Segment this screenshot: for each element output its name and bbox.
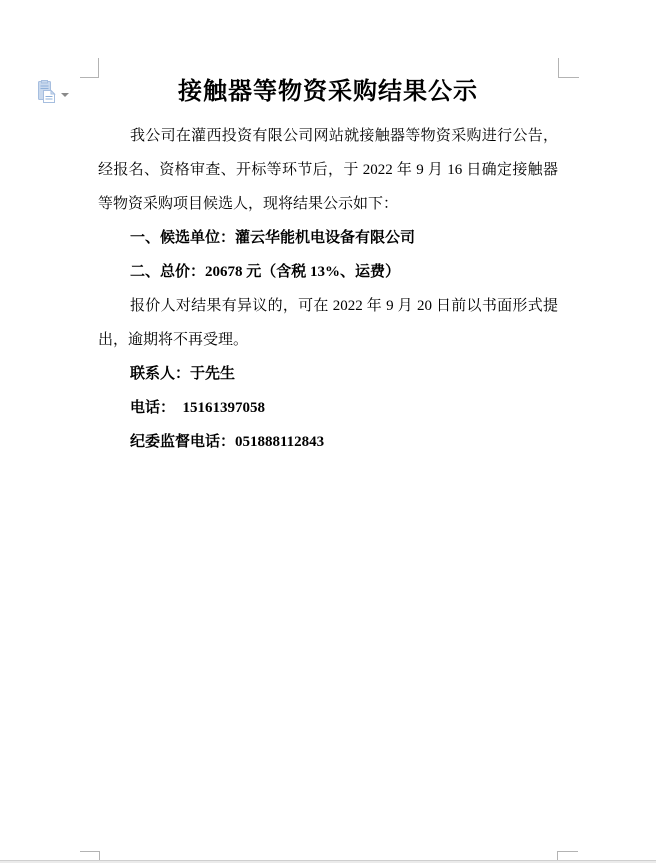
document-body[interactable]: 我公司在灌西投资有限公司网站就接触器等物资采购进行公告， 经报名、资格审查、开标… — [98, 119, 558, 459]
paste-options-button[interactable] — [38, 80, 69, 108]
total-price-line[interactable]: 二、总价：20678 元（含税 13%、运费） — [98, 255, 558, 289]
margin-mark-top-right — [558, 58, 579, 78]
margin-mark-top-left — [80, 58, 99, 78]
paragraph-line[interactable]: 我公司在灌西投资有限公司网站就接触器等物资采购进行公告， — [98, 119, 558, 153]
chevron-down-icon — [61, 93, 69, 97]
phone-line[interactable]: 电话： 15161397058 — [98, 391, 558, 425]
paste-options-icon — [38, 80, 57, 108]
document-title[interactable]: 接触器等物资采购结果公示 — [98, 74, 558, 110]
paragraph-line[interactable]: 等物资采购项目候选人，现将结果公示如下： — [98, 187, 558, 221]
candidate-unit-line[interactable]: 一、候选单位：灌云华能机电设备有限公司 — [98, 221, 558, 255]
contact-person-line[interactable]: 联系人：于先生 — [98, 357, 558, 391]
paragraph-line[interactable]: 出，逾期将不再受理。 — [98, 323, 558, 357]
document-page[interactable]: 接触器等物资采购结果公示 我公司在灌西投资有限公司网站就接触器等物资采购进行公告… — [0, 0, 656, 863]
supervision-phone-line[interactable]: 纪委监督电话：051888112843 — [98, 425, 558, 459]
paragraph-line[interactable]: 报价人对结果有异议的，可在 2022 年 9 月 20 日前以书面形式提 — [98, 289, 558, 323]
paragraph-line[interactable]: 经报名、资格审查、开标等环节后，于 2022 年 9 月 16 日确定接触器 — [98, 153, 558, 187]
